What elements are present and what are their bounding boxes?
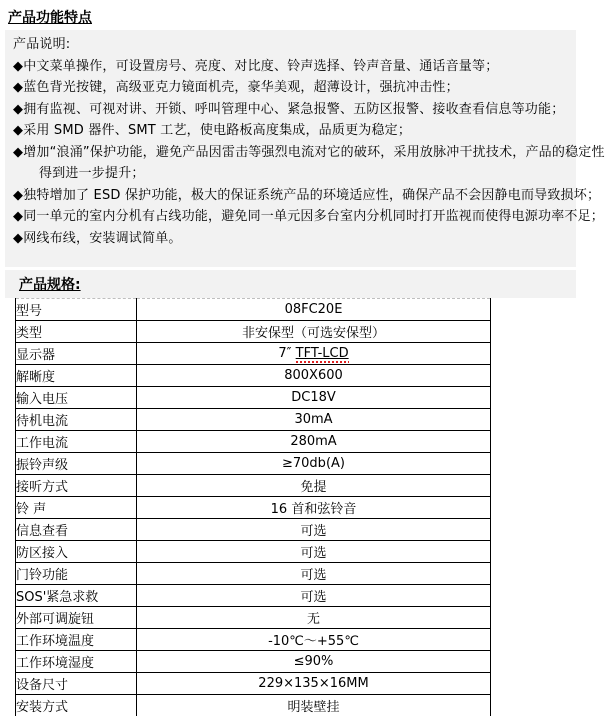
spec-value-cell: ≥70db(A)	[137, 453, 491, 475]
spec-section-title: 产品规格:	[19, 274, 81, 294]
spec-label-cell: 显示器	[16, 343, 137, 365]
spec-table-row: 安装方式明装壁挂	[16, 695, 491, 716]
spec-value-cell: 明装壁挂	[137, 695, 491, 716]
spec-value-cell: 无	[137, 607, 491, 629]
spec-table-row: 工作环境温度-10℃～+55℃	[16, 629, 491, 651]
feature-line: ◆增加“浪涌”保护功能，避免产品因雷击等强烈电流对它的破环，采用放脉冲干扰技术，…	[13, 142, 568, 164]
spec-label-cell: 铃 声	[16, 497, 137, 519]
feature-line: ◆拥有监视、可视对讲、开锁、呼叫管理中心、紧急报警、五防区报警、接收查看信息等功…	[13, 99, 568, 121]
spec-value-cell: 可选	[137, 585, 491, 607]
spellcheck-underlined-text: TFT-LCD	[296, 346, 349, 363]
spec-table-row: 输入电压DC18V	[16, 387, 491, 409]
spec-table-row: 防区接入可选	[16, 541, 491, 563]
spec-value-cell: 30mA	[137, 409, 491, 431]
feature-line: ◆采用 SMD 器件、SMT 工艺，使电路板高度集成，品质更为稳定；	[13, 120, 568, 142]
spec-label-cell: 接听方式	[16, 475, 137, 497]
spec-label-cell: 信息查看	[16, 519, 137, 541]
spec-label-cell: 安装方式	[16, 695, 137, 716]
spec-label-cell: 待机电流	[16, 409, 137, 431]
spec-label-cell: 振铃声级	[16, 453, 137, 475]
spec-label-cell: 工作环境温度	[16, 629, 137, 651]
spec-label-cell: 防区接入	[16, 541, 137, 563]
spec-value-cell: 16 首和弦铃音	[137, 497, 491, 519]
spec-table-row: SOS'紧急求救可选	[16, 585, 491, 607]
spec-table-row: 待机电流30mA	[16, 409, 491, 431]
spec-label-cell: SOS'紧急求救	[16, 585, 137, 607]
spec-value-cell: 229×135×16MM	[137, 673, 491, 695]
feature-line: ◆蓝色背光按键，高级亚克力镜面机壳，豪华美观，超薄设计，强抗冲击性；	[13, 77, 568, 99]
spec-value-cell: -10℃～+55℃	[137, 629, 491, 651]
product-page: 产品功能特点 产品说明: ◆中文菜单操作，可设置房号、亮度、对比度、铃声选择、铃…	[0, 0, 613, 716]
spec-heading-section: 产品规格:	[5, 270, 576, 298]
description-heading: 产品说明:	[13, 34, 568, 56]
spec-label-cell: 工作电流	[16, 431, 137, 453]
spec-table-row: 显示器7″ TFT-LCD	[16, 343, 491, 365]
features-list: ◆中文菜单操作，可设置房号、亮度、对比度、铃声选择、铃声音量、通话音量等；◆蓝色…	[13, 56, 568, 250]
feature-line: ◆同一单元的室内分机有占线功能，避免同一单元因多台室内分机同时打开监视而使得电源…	[13, 206, 568, 228]
page-title: 产品功能特点	[8, 7, 92, 27]
spec-table-row: 外部可调旋钮无	[16, 607, 491, 629]
spec-table-row: 工作电流280mA	[16, 431, 491, 453]
spec-value-cell: 非安保型（可选安保型）	[137, 321, 491, 343]
spec-value-cell: 7″ TFT-LCD	[137, 343, 491, 365]
spec-value-cell: DC18V	[137, 387, 491, 409]
spec-table-row: 铃 声16 首和弦铃音	[16, 497, 491, 519]
spec-table-body: 型号08FC20E类型非安保型（可选安保型）显示器7″ TFT-LCD解晰度80…	[16, 299, 491, 716]
feature-line: ◆网线布线，安装调试简单。	[13, 228, 568, 250]
spec-value-cell: 可选	[137, 563, 491, 585]
spec-value-cell: ≤90%	[137, 651, 491, 673]
spec-table-row: 接听方式免提	[16, 475, 491, 497]
spec-value-cell: 280mA	[137, 431, 491, 453]
product-description-section: 产品说明: ◆中文菜单操作，可设置房号、亮度、对比度、铃声选择、铃声音量、通话音…	[5, 30, 576, 267]
spec-value-cell: 800X600	[137, 365, 491, 387]
spec-value-cell: 可选	[137, 541, 491, 563]
feature-line: ◆独特增加了 ESD 保护功能，极大的保证系统产品的环境适应性，确保产品不会因静…	[13, 185, 568, 207]
spec-label-cell: 类型	[16, 321, 137, 343]
spec-label-cell: 工作环境湿度	[16, 651, 137, 673]
spec-value-cell: 可选	[137, 519, 491, 541]
spec-table: 型号08FC20E类型非安保型（可选安保型）显示器7″ TFT-LCD解晰度80…	[15, 298, 491, 716]
spec-value-cell: 免提	[137, 475, 491, 497]
spec-label-cell: 输入电压	[16, 387, 137, 409]
feature-line-continuation: 得到进一步提升；	[13, 163, 568, 185]
spec-label-cell: 门铃功能	[16, 563, 137, 585]
spec-label-cell: 解晰度	[16, 365, 137, 387]
spec-value-cell: 08FC20E	[137, 299, 491, 321]
spec-label-cell: 型号	[16, 299, 137, 321]
spec-label-cell: 设备尺寸	[16, 673, 137, 695]
spec-table-row: 设备尺寸229×135×16MM	[16, 673, 491, 695]
spec-table-row: 工作环境湿度≤90%	[16, 651, 491, 673]
spec-label-cell: 外部可调旋钮	[16, 607, 137, 629]
spec-table-row: 信息查看可选	[16, 519, 491, 541]
spec-table-row: 振铃声级≥70db(A)	[16, 453, 491, 475]
spec-table-row: 型号08FC20E	[16, 299, 491, 321]
spec-table-row: 类型非安保型（可选安保型）	[16, 321, 491, 343]
spec-table-row: 解晰度800X600	[16, 365, 491, 387]
feature-line: ◆中文菜单操作，可设置房号、亮度、对比度、铃声选择、铃声音量、通话音量等；	[13, 56, 568, 78]
spec-table-row: 门铃功能可选	[16, 563, 491, 585]
